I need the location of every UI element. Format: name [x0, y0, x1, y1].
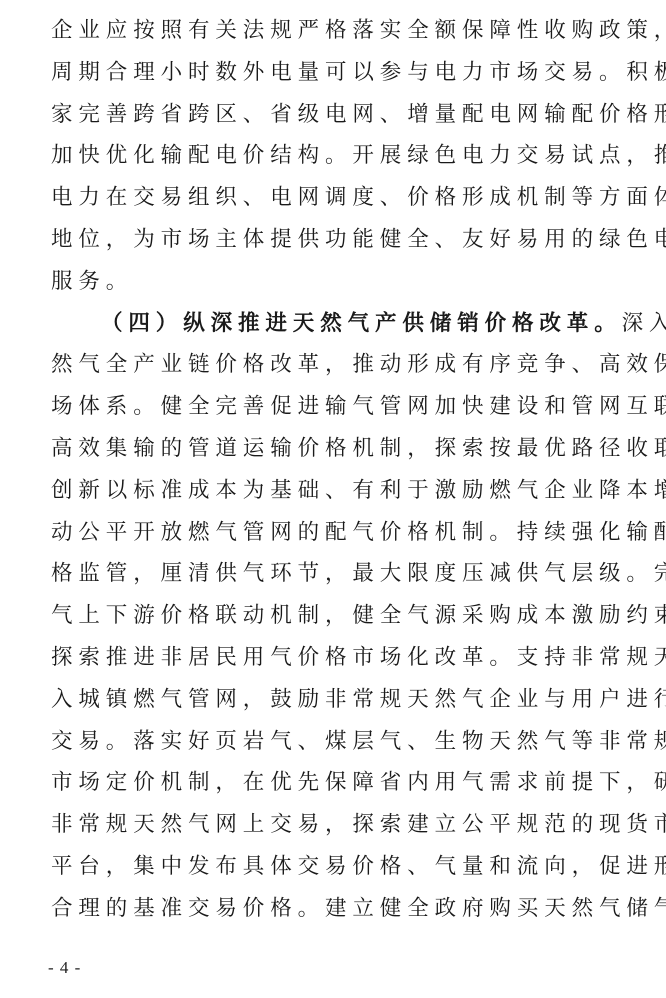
- section-heading-line: （四）纵深推进天然气产供储销价格改革。深入推进天: [51, 303, 611, 345]
- text-line: 周期合理小时数外电量可以参与电力市场交易。积极配合国: [51, 52, 611, 94]
- section-heading: （四）纵深推进天然气产供储销价格改革。: [101, 311, 622, 336]
- text-line: 地位，为市场主体提供功能健全、友好易用的绿色电力交易: [51, 219, 611, 261]
- text-line: 服务。: [51, 261, 611, 303]
- text-line: 入城镇燃气管网，鼓励非常规天然气企业与用户进行市场化: [51, 679, 611, 721]
- text-line: 平台，集中发布具体交易价格、气量和流向，促进形成公允: [51, 846, 611, 888]
- text-line: 合理的基准交易价格。建立健全政府购买天然气储气调峰和: [51, 888, 611, 930]
- body-text: 企业应按照有关法规严格落实全额保障性收购政策，全生命 周期合理小时数外电量可以参…: [51, 10, 611, 930]
- text-line: 然气全产业链价格改革，推动形成有序竞争、高效保供的市: [51, 344, 611, 386]
- text-line: 动公平开放燃气管网的配气价格机制。持续强化输配环节价: [51, 512, 611, 554]
- heading-continuation: 深入推进天: [622, 311, 666, 336]
- page-number: - 4 -: [48, 958, 81, 978]
- text-line: 场体系。健全完善促进输气管网加快建设和管网互联互通、: [51, 386, 611, 428]
- text-line: 电力在交易组织、电网调度、价格形成机制等方面体现优先: [51, 177, 611, 219]
- document-page: 企业应按照有关法规严格落实全额保障性收购政策，全生命 周期合理小时数外电量可以参…: [0, 0, 666, 998]
- text-line: 气上下游价格联动机制，健全气源采购成本激励约束机制。: [51, 595, 611, 637]
- text-line: 高效集输的管道运输价格机制，探索按最优路径收取管输费。: [51, 428, 611, 470]
- text-line: 家完善跨省跨区、省级电网、增量配电网输配价格形成机制，: [51, 94, 611, 136]
- text-line: 格监管，厘清供气环节，最大限度压减供气层级。完善天然: [51, 553, 611, 595]
- text-line: 加快优化输配电价结构。开展绿色电力交易试点，推动绿色: [51, 135, 611, 177]
- text-line: 探索推进非居民用气价格市场化改革。支持非常规天然气并: [51, 637, 611, 679]
- text-line: 非常规天然气网上交易，探索建立公平规范的现货市场交易: [51, 804, 611, 846]
- text-line: 企业应按照有关法规严格落实全额保障性收购政策，全生命: [51, 10, 611, 52]
- text-line: 市场定价机制，在优先保障省内用气需求前提下，研究培育: [51, 762, 611, 804]
- text-line: 交易。落实好页岩气、煤层气、生物天然气等非常规天然气: [51, 721, 611, 763]
- text-line: 创新以标准成本为基础、有利于激励燃气企业降本增效和主: [51, 470, 611, 512]
